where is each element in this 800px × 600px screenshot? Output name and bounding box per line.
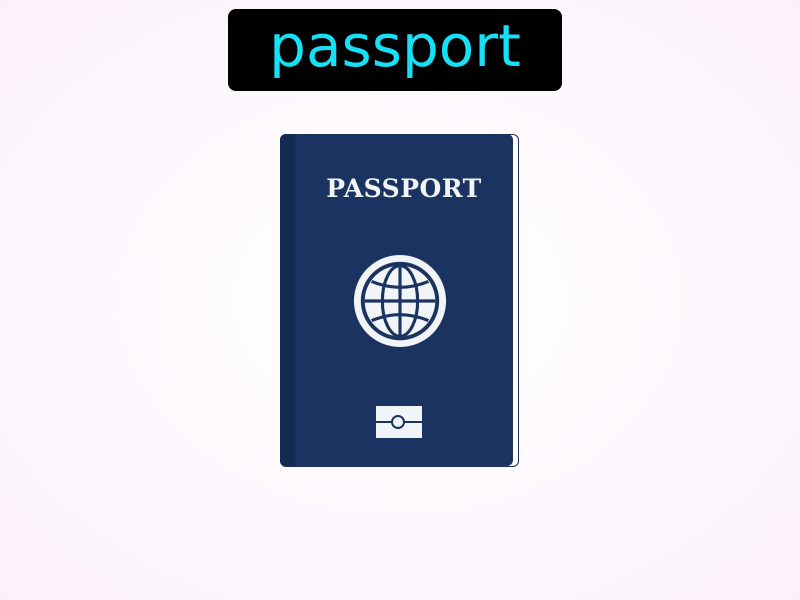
- cover-label: PASSPORT: [295, 174, 513, 203]
- passport-illustration: PASSPORT: [280, 134, 520, 467]
- passport-cover: PASSPORT: [280, 134, 513, 466]
- biometric-chip-icon: [376, 406, 422, 438]
- title-word: passport: [269, 17, 521, 75]
- title-banner: passport: [228, 9, 562, 91]
- globe-icon: [351, 252, 449, 350]
- passport-spine: [280, 134, 295, 466]
